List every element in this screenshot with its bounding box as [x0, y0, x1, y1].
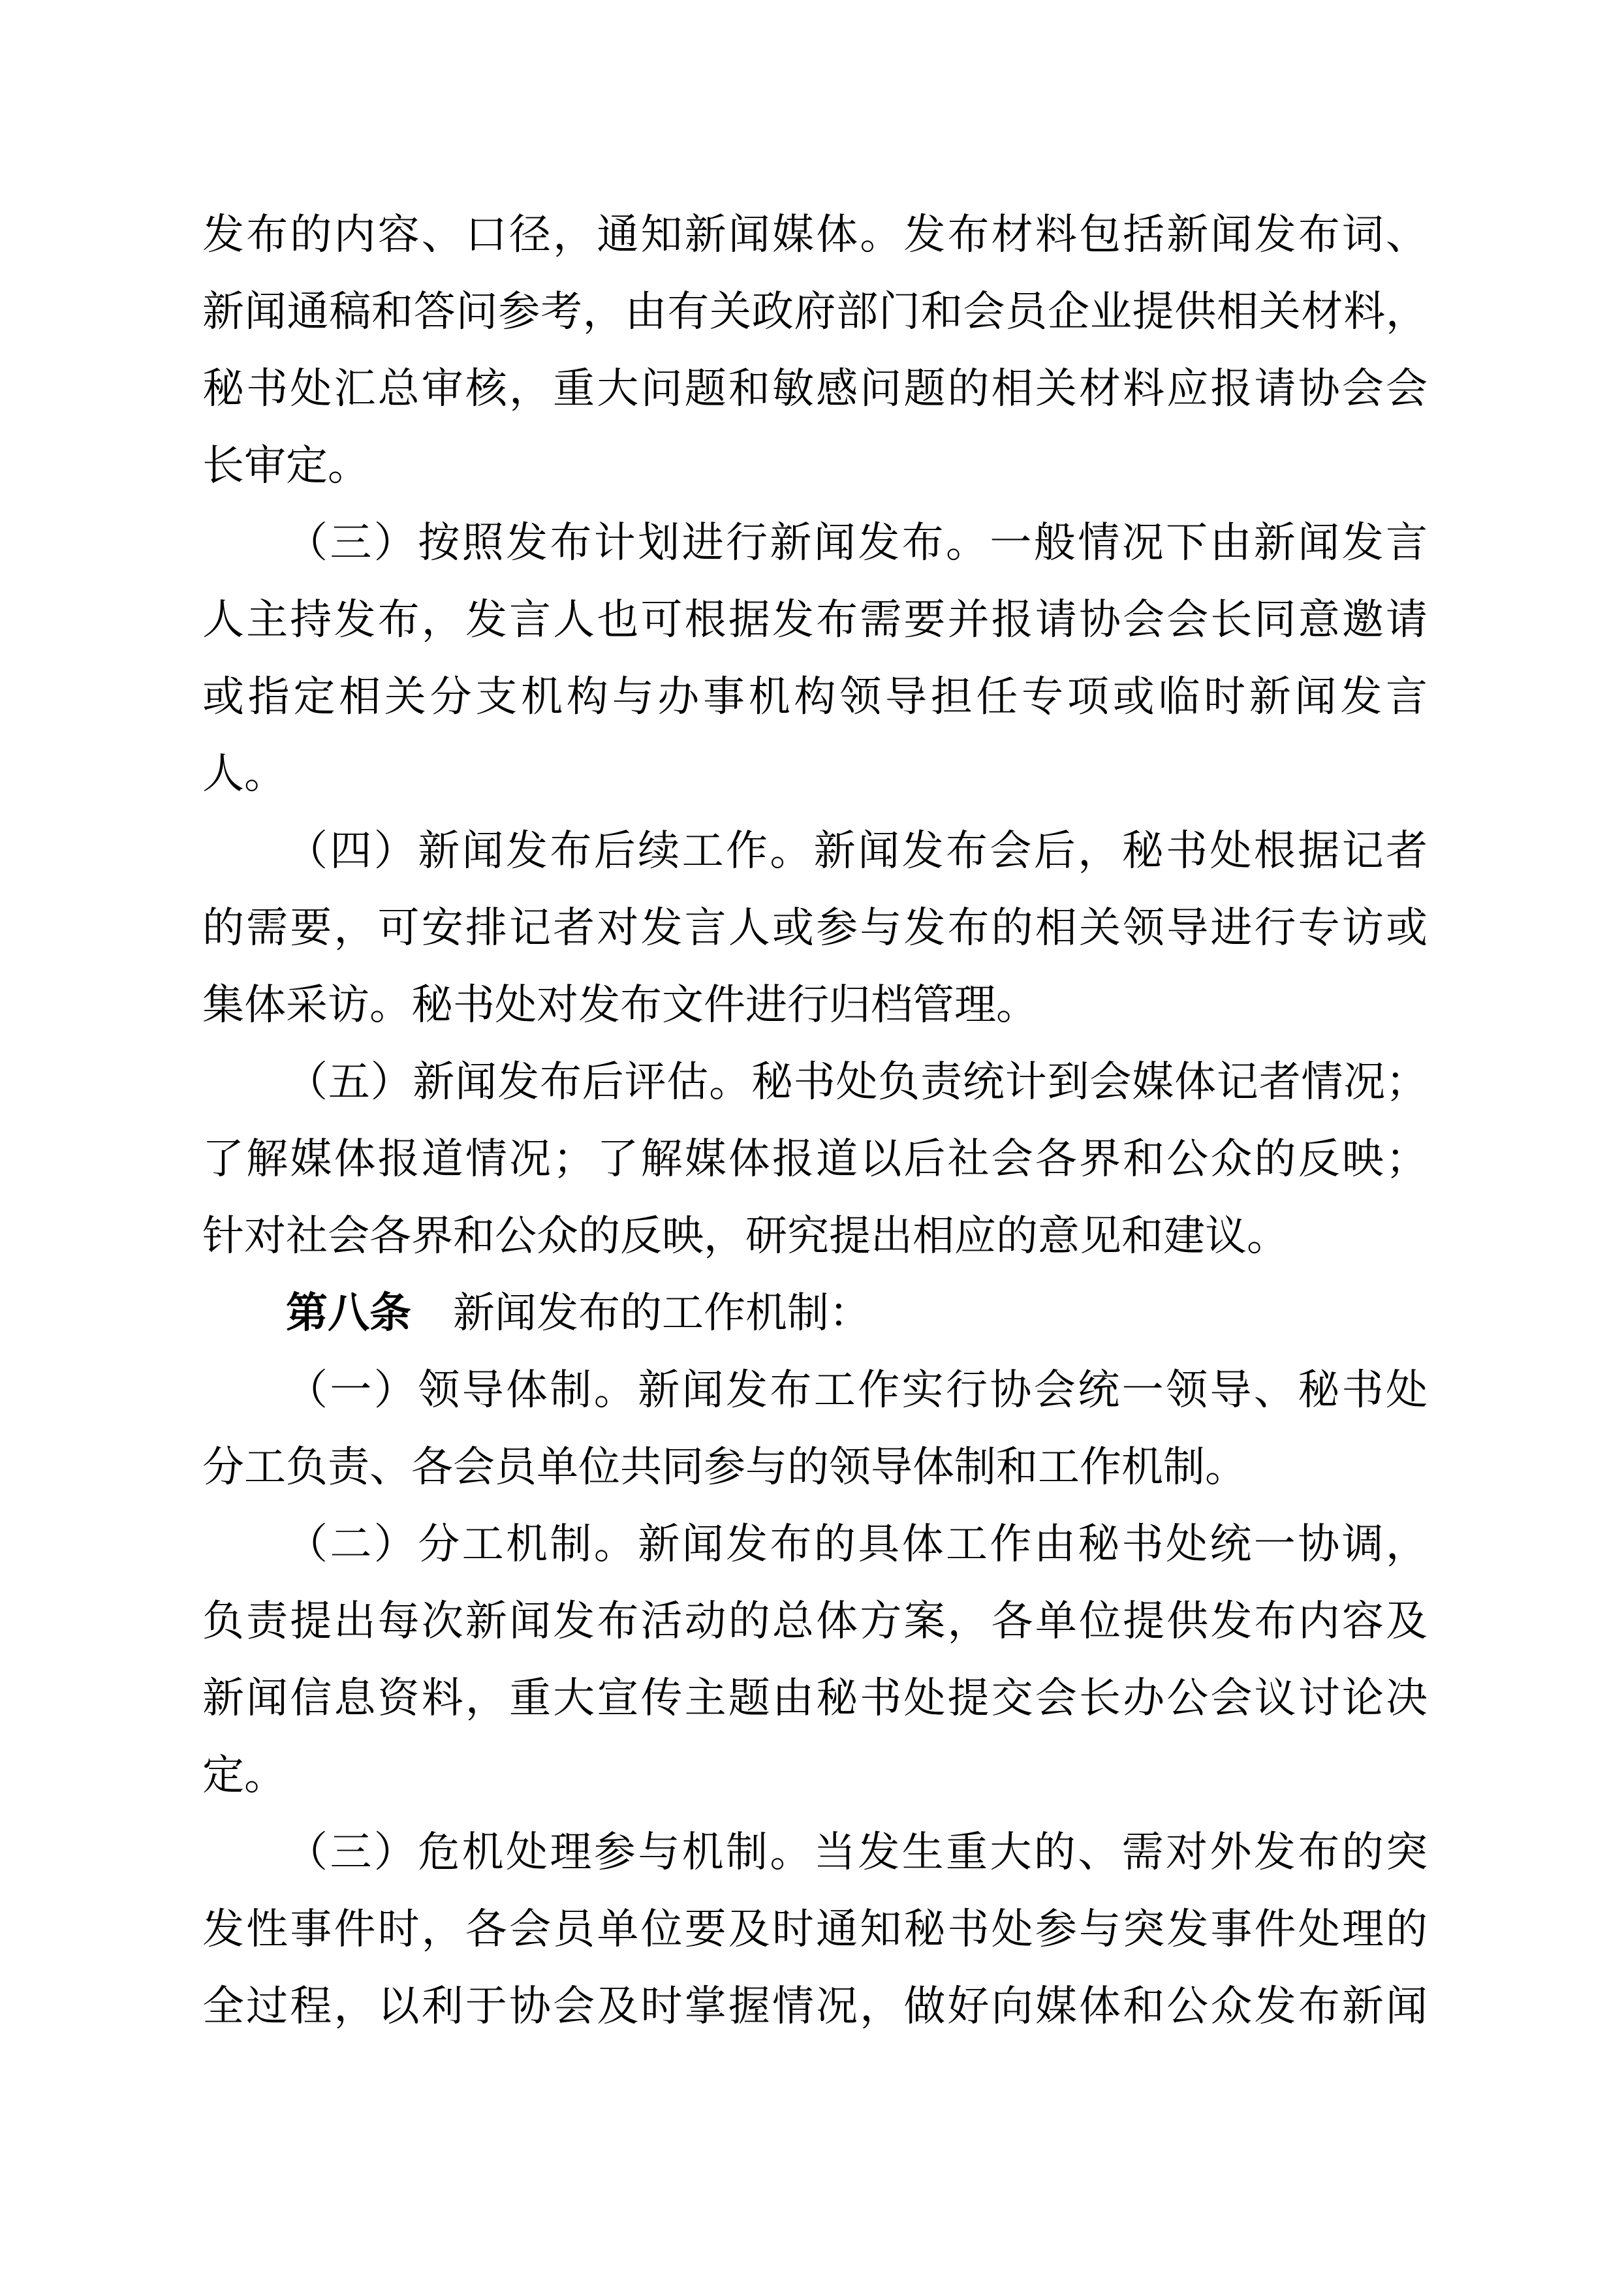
text-line-2: 新闻通稿和答问参考，由有关政府部门和会员企业提供相关材料， — [202, 274, 1428, 351]
article-number-heading: 第八条 — [286, 1289, 411, 1338]
text-line-11: 集体采访。秘书处对发布文件进行归档管理。 — [202, 967, 1428, 1044]
line-text: （四）新闻发布后续工作。新闻发布会后，秘书处根据记者 — [286, 827, 1428, 875]
text-line-22: （三）危机处理参与机制。当发生重大的、需对外发布的突 — [202, 1814, 1428, 1891]
text-line-8: 人。 — [202, 736, 1428, 813]
line-text: （三）按照发布计划进行新闻发布。一般情况下由新闻发言 — [286, 519, 1428, 567]
line-text: 秘书处汇总审核，重大问题和敏感问题的相关材料应报请协会会 — [202, 365, 1428, 413]
text-line-21: 定。 — [202, 1737, 1428, 1814]
text-line-10: 的需要，可安排记者对发言人或参与发布的相关领导进行专访或 — [202, 890, 1428, 967]
text-line-3: 秘书处汇总审核，重大问题和敏感问题的相关材料应报请协会会 — [202, 351, 1428, 428]
line-text: 新闻通稿和答问参考，由有关政府部门和会员企业提供相关材料， — [202, 288, 1428, 336]
line-text: 的需要，可安排记者对发言人或参与发布的相关领导进行专访或 — [202, 904, 1428, 952]
line-text: 或指定相关分支机构与办事机构领导担任专项或临时新闻发言 — [202, 673, 1428, 721]
text-line-24: 全过程，以利于协会及时掌握情况，做好向媒体和公众发布新闻 — [202, 1968, 1428, 2045]
document-page: 发布的内容、口径，通知新闻媒体。发布材料包括新闻发布词、 新闻通稿和答问参考，由… — [0, 0, 1624, 2288]
line-text: （三）危机处理参与机制。当发生重大的、需对外发布的突 — [286, 1828, 1428, 1877]
line-text: 人主持发布，发言人也可根据发布需要并报请协会会长同意邀请 — [202, 596, 1428, 644]
text-line-14: 针对社会各界和公众的反映，研究提出相应的意见和建议。 — [202, 1198, 1428, 1275]
text-line-17: 分工负责、各会员单位共同参与的领导体制和工作机制。 — [202, 1429, 1428, 1506]
line-text: 集体采访。秘书处对发布文件进行归档管理。 — [202, 981, 1038, 1029]
text-line-1: 发布的内容、口径，通知新闻媒体。发布材料包括新闻发布词、 — [202, 196, 1428, 274]
text-line-23: 发性事件时，各会员单位要及时通知秘书处参与突发事件处理的 — [202, 1891, 1428, 1968]
text-line-16: （一）领导体制。新闻发布工作实行协会统一领导、秘书处 — [202, 1352, 1428, 1429]
text-line-4: 长审定。 — [202, 428, 1428, 505]
text-line-7: 或指定相关分支机构与办事机构领导担任专项或临时新闻发言 — [202, 659, 1428, 736]
line-text: 人。 — [202, 750, 286, 798]
text-line-12: （五）新闻发布后评估。秘书处负责统计到会媒体记者情况； — [202, 1044, 1428, 1121]
text-line-13: 了解媒体报道情况；了解媒体报道以后社会各界和公众的反映； — [202, 1121, 1428, 1198]
text-line-18: （二）分工机制。新闻发布的具体工作由秘书处统一协调， — [202, 1506, 1428, 1583]
text-line-20: 新闻信息资料，重大宣传主题由秘书处提交会长办公会议讨论决 — [202, 1660, 1428, 1737]
line-text: 了解媒体报道情况；了解媒体报道以后社会各界和公众的反映； — [202, 1135, 1428, 1183]
line-text: （一）领导体制。新闻发布工作实行协会统一领导、秘书处 — [286, 1366, 1428, 1415]
text-line-9: （四）新闻发布后续工作。新闻发布会后，秘书处根据记者 — [202, 813, 1428, 890]
line-text: 发布的内容、口径，通知新闻媒体。发布材料包括新闻发布词、 — [202, 211, 1428, 259]
line-text: 针对社会各界和公众的反映，研究提出相应的意见和建议。 — [202, 1212, 1288, 1261]
line-text: （二）分工机制。新闻发布的具体工作由秘书处统一协调， — [286, 1520, 1428, 1569]
text-line-15: 第八条 新闻发布的工作机制： — [202, 1275, 1428, 1352]
text-line-5: （三）按照发布计划进行新闻发布。一般情况下由新闻发言 — [202, 505, 1428, 582]
line-text: 长审定。 — [202, 442, 369, 490]
document-body: 发布的内容、口径，通知新闻媒体。发布材料包括新闻发布词、 新闻通稿和答问参考，由… — [202, 196, 1428, 2045]
line-text: 新闻信息资料，重大宣传主题由秘书处提交会长办公会议讨论决 — [202, 1674, 1428, 1723]
line-text: 分工负责、各会员单位共同参与的领导体制和工作机制。 — [202, 1443, 1247, 1492]
text-line-6: 人主持发布，发言人也可根据发布需要并报请协会会长同意邀请 — [202, 582, 1428, 659]
line-text: 全过程，以利于协会及时掌握情况，做好向媒体和公众发布新闻 — [202, 1982, 1428, 2031]
line-text: 发性事件时，各会员单位要及时通知秘书处参与突发事件处理的 — [202, 1905, 1428, 1954]
line-text: 定。 — [202, 1751, 286, 1800]
text-line-19: 负责提出每次新闻发布活动的总体方案，各单位提供发布内容及 — [202, 1583, 1428, 1660]
line-text: （五）新闻发布后评估。秘书处负责统计到会媒体记者情况； — [286, 1058, 1428, 1106]
line-text: 负责提出每次新闻发布活动的总体方案，各单位提供发布内容及 — [202, 1597, 1428, 1646]
line-text: 新闻发布的工作机制： — [411, 1289, 871, 1338]
